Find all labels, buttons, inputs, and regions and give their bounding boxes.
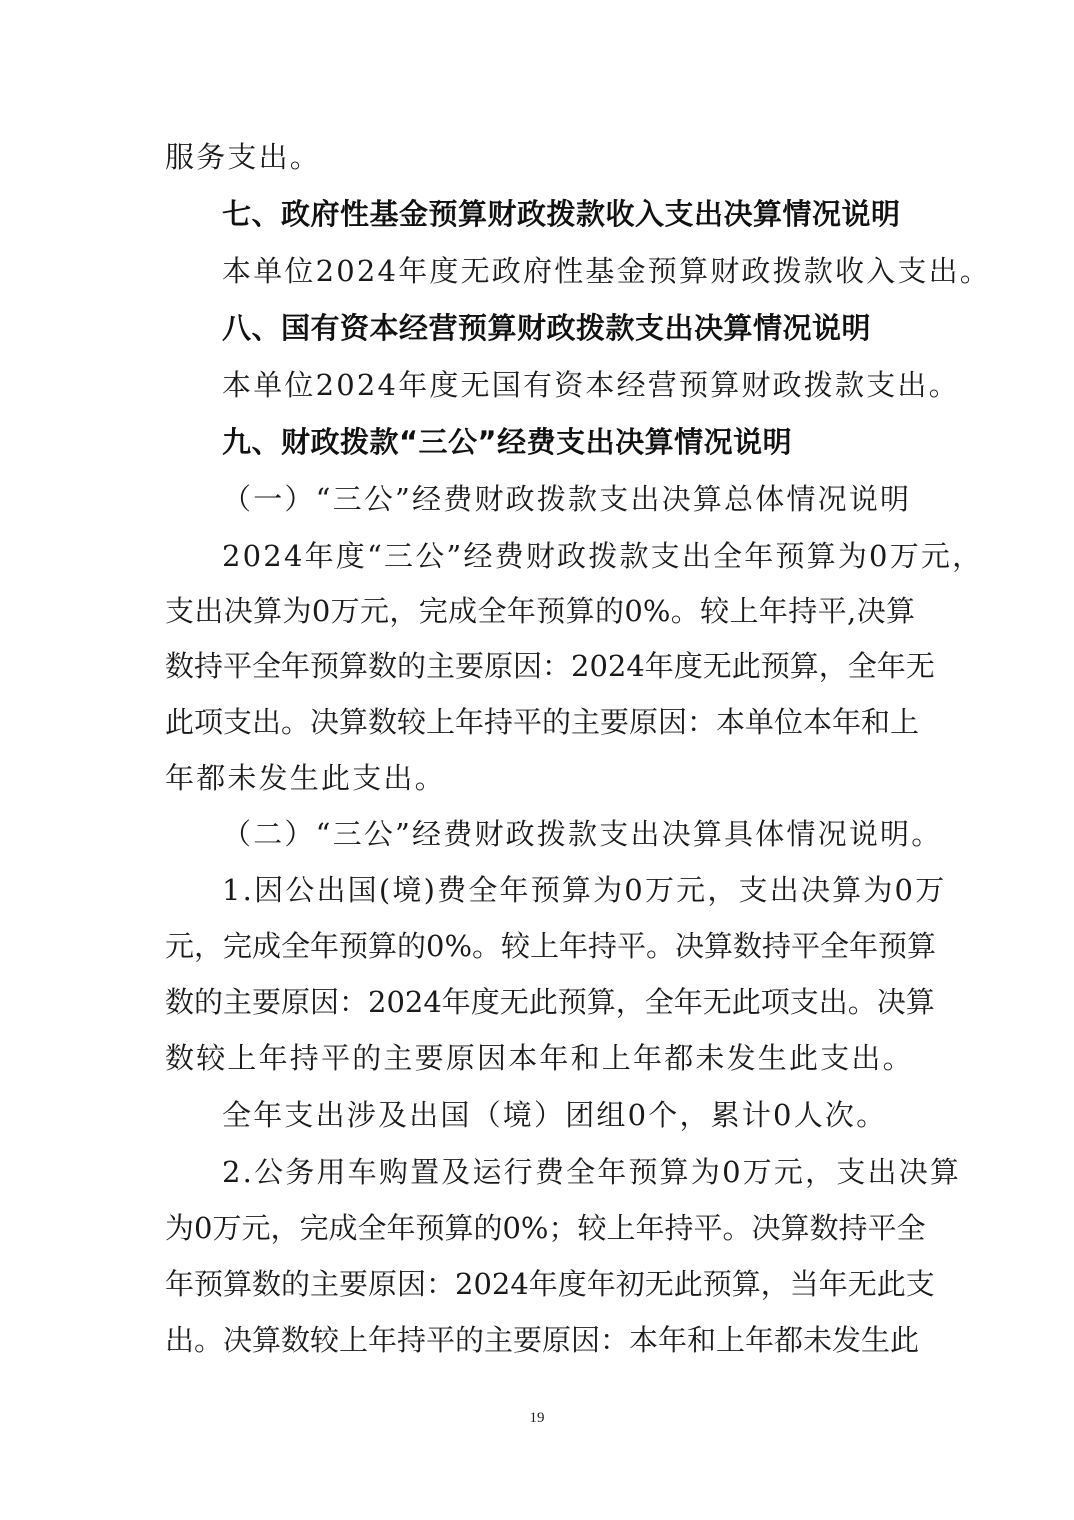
paragraph-line: 年预算数的主要原因：2024年度年初无此预算，当年无此支 [165, 1264, 915, 1304]
section-7-body: 本单位2024年度无政府性基金预算财政拨款收入支出。 [222, 251, 915, 291]
paragraph-line: 数的主要原因：2024年度无此预算，全年无此项支出。决算 [165, 982, 915, 1022]
section-heading-9: 九、财政拨款“三公”经费支出决算情况说明 [222, 422, 915, 462]
section-heading-8: 八、国有资本经营预算财政拨款支出决算情况说明 [222, 308, 915, 348]
paragraph-line: 出。决算数较上年持平的主要原因：本年和上年都未发生此 [165, 1320, 915, 1360]
section-8-body: 本单位2024年度无国有资本经营预算财政拨款支出。 [222, 365, 915, 405]
paragraph-line-continuation: 服务支出。 [165, 137, 915, 177]
subsection-heading-9-1: （一）“三公”经费财政拨款支出决算总体情况说明 [222, 479, 915, 519]
paragraph-line: 元，完成全年预算的0%。较上年持平。决算数持平全年预算 [165, 926, 915, 966]
paragraph-line: 数持平全年预算数的主要原因：2024年度无此预算，全年无 [165, 646, 915, 686]
subsection-heading-9-2: （二）“三公”经费财政拨款支出决算具体情况说明。 [222, 814, 915, 854]
document-page: 服务支出。 七、政府性基金预算财政拨款收入支出决算情况说明 本单位2024年度无… [0, 0, 1074, 1520]
page-number: 19 [0, 1410, 1074, 1427]
paragraph-line: 数较上年持平的主要原因本年和上年都未发生此支出。 [165, 1038, 915, 1078]
paragraph-line: 为0万元，完成全年预算的0%；较上年持平。决算数持平全 [165, 1208, 915, 1248]
paragraph-line: 此项支出。决算数较上年持平的主要原因：本单位本年和上 [165, 702, 915, 742]
paragraph-line: 年都未发生此支出。 [165, 758, 915, 798]
paragraph-line: 支出决算为0万元，完成全年预算的0%。较上年持平,决算 [165, 591, 915, 631]
paragraph-line: 1.因公出国(境)费全年预算为0万元，支出决算为0万 [222, 870, 915, 910]
section-heading-7: 七、政府性基金预算财政拨款收入支出决算情况说明 [222, 194, 915, 234]
paragraph-line: 2024年度“三公”经费财政拨款支出全年预算为0万元， [222, 536, 915, 576]
paragraph-line: 2.公务用车购置及运行费全年预算为0万元，支出决算 [222, 1152, 915, 1192]
paragraph-line: 全年支出涉及出国（境）团组0个，累计0人次。 [222, 1095, 915, 1135]
